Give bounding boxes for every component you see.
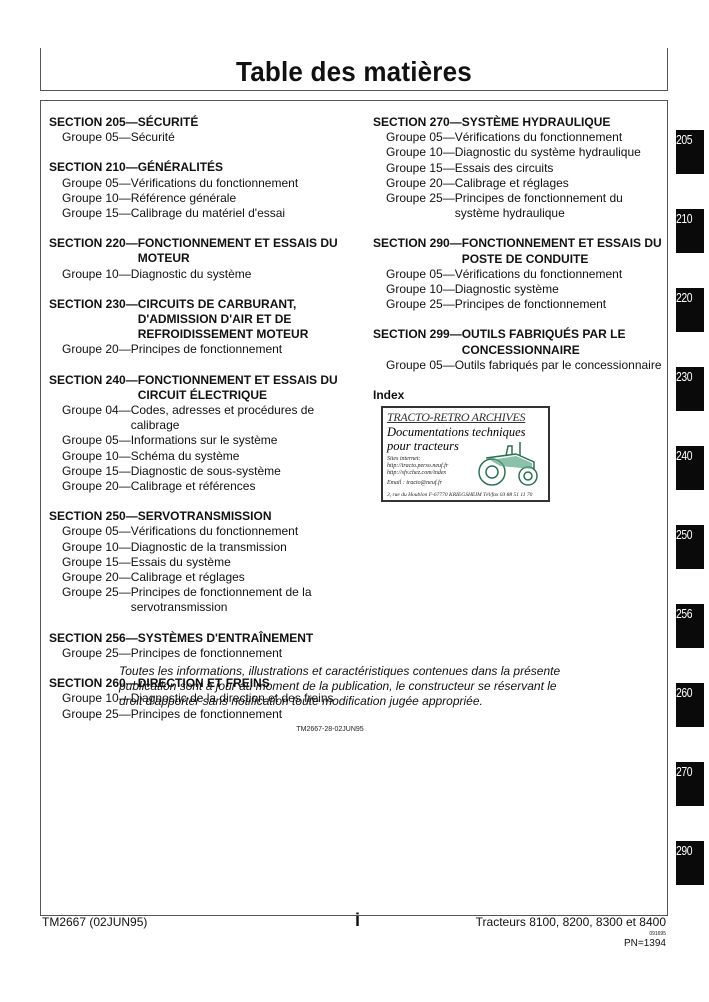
section-tab-label: 210 <box>676 211 692 227</box>
section-title: CIRCUITS DE CARBURANT, D'ADMISSION D'AIR… <box>138 297 359 343</box>
section-number: SECTION 290— <box>373 236 462 266</box>
group-number: Groupe 05— <box>386 267 455 282</box>
group-number: Groupe 25— <box>386 297 455 312</box>
ad-address: 3, rue du Houblon F-67770 KRIEGSHEIM Tél… <box>387 492 544 498</box>
group-title: Calibrage du matériel d'essai <box>131 206 359 221</box>
toc-group-item[interactable]: Groupe 20—Calibrage et réglages <box>373 176 663 191</box>
group-number: Groupe 25— <box>62 585 131 615</box>
footer-model-list: Tracteurs 8100, 8200, 8300 et 8400 <box>476 915 666 929</box>
group-title: Principes de fonctionnement du système h… <box>455 191 663 221</box>
toc-group-item[interactable]: Groupe 15—Essais des circuits <box>373 161 663 176</box>
section-tab-label: 256 <box>676 606 692 622</box>
group-title: Calibrage et réglages <box>455 176 663 191</box>
footer-manual-id: TM2667 (02JUN95) <box>42 915 147 929</box>
section-title: GÉNÉRALITÉS <box>138 160 359 175</box>
section-tab-label: 240 <box>676 448 692 464</box>
group-number: Groupe 10— <box>62 191 131 206</box>
group-title: Codes, adresses et procédures de calibra… <box>131 403 359 433</box>
group-number: Groupe 15— <box>386 161 455 176</box>
section-tab-240[interactable]: 240 <box>676 446 704 490</box>
toc-group-item[interactable]: Groupe 10—Diagnostic système <box>373 282 663 297</box>
toc-group-item[interactable]: Groupe 20—Principes de fonctionnement <box>49 342 359 357</box>
title-box: Table des matières <box>40 48 668 91</box>
toc-group-item[interactable]: Groupe 10—Référence générale <box>49 191 359 206</box>
group-title: Diagnostic du système <box>131 267 359 282</box>
toc-section: SECTION 240—FONCTIONNEMENT ET ESSAIS DU … <box>49 373 359 495</box>
group-number: Groupe 10— <box>62 449 131 464</box>
group-title: Vérifications du fonctionnement <box>455 130 663 145</box>
toc-box: SECTION 205—SÉCURITÉGroupe 05—SécuritéSE… <box>40 100 668 916</box>
group-title: Schéma du système <box>131 449 359 464</box>
section-tab-230[interactable]: 230 <box>676 367 704 411</box>
toc-section-heading[interactable]: SECTION 250—SERVOTRANSMISSION <box>49 509 359 524</box>
toc-group-item[interactable]: Groupe 05—Vérifications du fonctionnemen… <box>49 524 359 539</box>
toc-group-item[interactable]: Groupe 05—Vérifications du fonctionnemen… <box>373 267 663 282</box>
group-number: Groupe 20— <box>62 342 131 357</box>
group-title: Calibrage et références <box>131 479 359 494</box>
toc-group-item[interactable]: Groupe 10—Diagnostic du système hydrauli… <box>373 145 663 160</box>
footer-pn: PN=1394 <box>624 938 666 949</box>
group-number: Groupe 05— <box>386 358 455 373</box>
group-title: Principes de fonctionnement de la servot… <box>131 585 359 615</box>
group-title: Informations sur le système <box>131 433 359 448</box>
group-number: Groupe 15— <box>62 464 131 479</box>
group-number: Groupe 20— <box>62 570 131 585</box>
disclaimer-text: Toutes les informations, illustrations e… <box>119 664 567 710</box>
toc-section: SECTION 270—SYSTÈME HYDRAULIQUEGroupe 05… <box>373 115 663 221</box>
group-title: Vérifications du fonctionnement <box>131 176 359 191</box>
section-number: SECTION 205— <box>49 115 138 130</box>
group-number: Groupe 15— <box>62 555 131 570</box>
section-tab-260[interactable]: 260 <box>676 683 704 727</box>
tracto-retro-ad: TRACTO-RETRO ARCHIVES Documentations tec… <box>381 406 550 502</box>
group-title: Vérifications du fonctionnement <box>131 524 359 539</box>
group-title: Sécurité <box>131 130 359 145</box>
toc-section: SECTION 256—SYSTÈMES D'ENTRAÎNEMENTGroup… <box>49 631 359 661</box>
section-tabs: 205210220230240250256260270290 <box>676 0 709 1002</box>
section-number: SECTION 230— <box>49 297 138 343</box>
toc-group-item[interactable]: Groupe 20—Calibrage et réglages <box>49 570 359 585</box>
section-number: SECTION 299— <box>373 327 462 357</box>
group-number: Groupe 15— <box>62 206 131 221</box>
page-title: Table des matières <box>63 56 645 88</box>
group-title: Diagnostic système <box>455 282 663 297</box>
group-title: Calibrage et réglages <box>131 570 359 585</box>
section-number: SECTION 210— <box>49 160 138 175</box>
toc-group-item[interactable]: Groupe 20—Calibrage et références <box>49 479 359 494</box>
group-title: Principes de fonctionnement <box>131 646 359 661</box>
toc-section: SECTION 290—FONCTIONNEMENT ET ESSAIS DU … <box>373 236 663 312</box>
group-number: Groupe 10— <box>386 145 455 160</box>
toc-group-item[interactable]: Groupe 05—Vérifications du fonctionnemen… <box>373 130 663 145</box>
group-number: Groupe 10— <box>62 267 131 282</box>
group-number: Groupe 25— <box>386 191 455 221</box>
group-title: Outils fabriqués par le concessionnaire <box>455 358 663 373</box>
group-title: Essais des circuits <box>455 161 663 176</box>
group-title: Référence générale <box>131 191 359 206</box>
group-title: Principes de fonctionnement <box>455 297 663 312</box>
toc-group-item[interactable]: Groupe 10—Diagnostic de la transmission <box>49 540 359 555</box>
section-title: SÉCURITÉ <box>138 115 359 130</box>
toc-section-heading[interactable]: SECTION 205—SÉCURITÉ <box>49 115 359 130</box>
section-tab-270[interactable]: 270 <box>676 762 704 806</box>
toc-section-heading[interactable]: SECTION 256—SYSTÈMES D'ENTRAÎNEMENT <box>49 631 359 646</box>
section-title: SERVOTRANSMISSION <box>138 509 359 524</box>
toc-section-heading[interactable]: SECTION 290—FONCTIONNEMENT ET ESSAIS DU … <box>373 236 663 266</box>
section-tab-label: 205 <box>676 132 692 148</box>
tractor-icon <box>476 436 542 488</box>
footer-page-number: i <box>355 910 360 931</box>
toc-group-item[interactable]: Groupe 04—Codes, adresses et procédures … <box>49 403 359 433</box>
group-title: Principes de fonctionnement <box>131 342 359 357</box>
section-tab-label: 270 <box>676 764 692 780</box>
toc-group-item[interactable]: Groupe 25—Principes de fonctionnement du… <box>373 191 663 221</box>
section-number: SECTION 250— <box>49 509 138 524</box>
document-code: TM2667-28-02JUN95 <box>200 726 460 733</box>
toc-group-item[interactable]: Groupe 05—Outils fabriqués par le conces… <box>373 358 663 373</box>
toc-section: SECTION 250—SERVOTRANSMISSIONGroupe 05—V… <box>49 509 359 615</box>
section-number: SECTION 256— <box>49 631 138 646</box>
toc-section-heading[interactable]: SECTION 210—GÉNÉRALITÉS <box>49 160 359 175</box>
toc-section-heading[interactable]: SECTION 220—FONCTIONNEMENT ET ESSAIS DU … <box>49 236 359 266</box>
section-number: SECTION 240— <box>49 373 138 403</box>
section-tab-256[interactable]: 256 <box>676 604 704 648</box>
toc-section-heading[interactable]: SECTION 240—FONCTIONNEMENT ET ESSAIS DU … <box>49 373 359 403</box>
section-number: SECTION 220— <box>49 236 138 266</box>
group-title: Vérifications du fonctionnement <box>455 267 663 282</box>
section-tab-label: 290 <box>676 843 692 859</box>
group-number: Groupe 25— <box>62 646 131 661</box>
toc-group-item[interactable]: Groupe 15—Diagnostic de sous-système <box>49 464 359 479</box>
group-number: Groupe 04— <box>62 403 131 433</box>
section-tab-label: 220 <box>676 290 692 306</box>
section-tab-205[interactable]: 205 <box>676 130 704 174</box>
toc-section: SECTION 205—SÉCURITÉGroupe 05—Sécurité <box>49 115 359 145</box>
toc-group-item[interactable]: Groupe 05—Vérifications du fonctionnemen… <box>49 176 359 191</box>
section-title: SYSTÈME HYDRAULIQUE <box>462 115 663 130</box>
group-number: Groupe 05— <box>62 176 131 191</box>
toc-section: SECTION 230—CIRCUITS DE CARBURANT, D'ADM… <box>49 297 359 358</box>
section-title: FONCTIONNEMENT ET ESSAIS DU CIRCUIT ÉLEC… <box>138 373 359 403</box>
toc-section-heading[interactable]: SECTION 270—SYSTÈME HYDRAULIQUE <box>373 115 663 130</box>
group-title: Diagnostic de la transmission <box>131 540 359 555</box>
toc-group-item[interactable]: Groupe 10—Schéma du système <box>49 449 359 464</box>
toc-group-item[interactable]: Groupe 25—Principes de fonctionnement de… <box>49 585 359 615</box>
group-number: Groupe 10— <box>386 282 455 297</box>
section-tab-210[interactable]: 210 <box>676 209 704 253</box>
toc-right-column: SECTION 270—SYSTÈME HYDRAULIQUEGroupe 05… <box>373 115 663 403</box>
toc-section-heading[interactable]: SECTION 230—CIRCUITS DE CARBURANT, D'ADM… <box>49 297 359 343</box>
group-title: Essais du système <box>131 555 359 570</box>
section-title: FONCTIONNEMENT ET ESSAIS DU MOTEUR <box>138 236 359 266</box>
group-number: Groupe 20— <box>62 479 131 494</box>
section-tab-250[interactable]: 250 <box>676 525 704 569</box>
toc-section-heading[interactable]: SECTION 299—OUTILS FABRIQUÉS PAR LE CONC… <box>373 327 663 357</box>
section-tab-label: 250 <box>676 527 692 543</box>
group-number: Groupe 05— <box>386 130 455 145</box>
toc-index-link[interactable]: Index <box>373 388 663 403</box>
footer-date-code: 091695 <box>649 931 666 937</box>
toc-group-item[interactable]: Groupe 15—Essais du système <box>49 555 359 570</box>
section-title: SYSTÈMES D'ENTRAÎNEMENT <box>138 631 359 646</box>
section-title: FONCTIONNEMENT ET ESSAIS DU POSTE DE CON… <box>462 236 663 266</box>
group-number: Groupe 05— <box>62 524 131 539</box>
toc-group-item[interactable]: Groupe 25—Principes de fonctionnement <box>49 646 359 661</box>
section-tab-label: 260 <box>676 685 692 701</box>
toc-group-item[interactable]: Groupe 05—Sécurité <box>49 130 359 145</box>
toc-left-column: SECTION 205—SÉCURITÉGroupe 05—SécuritéSE… <box>49 115 359 737</box>
section-tab-290[interactable]: 290 <box>676 841 704 885</box>
toc-group-item[interactable]: Groupe 15—Calibrage du matériel d'essai <box>49 206 359 221</box>
toc-group-item[interactable]: Groupe 05—Informations sur le système <box>49 433 359 448</box>
group-title: Diagnostic de sous-système <box>131 464 359 479</box>
toc-section: SECTION 299—OUTILS FABRIQUÉS PAR LE CONC… <box>373 327 663 373</box>
toc-group-item[interactable]: Groupe 10—Diagnostic du système <box>49 267 359 282</box>
group-number: Groupe 05— <box>62 433 131 448</box>
toc-section: SECTION 220—FONCTIONNEMENT ET ESSAIS DU … <box>49 236 359 282</box>
toc-group-item[interactable]: Groupe 25—Principes de fonctionnement <box>373 297 663 312</box>
group-title: Diagnostic du système hydraulique <box>455 145 663 160</box>
ad-brand: TRACTO-RETRO ARCHIVES <box>383 408 548 425</box>
group-number: Groupe 10— <box>62 540 131 555</box>
section-tab-220[interactable]: 220 <box>676 288 704 332</box>
section-number: SECTION 270— <box>373 115 462 130</box>
group-number: Groupe 05— <box>62 130 131 145</box>
group-number: Groupe 20— <box>386 176 455 191</box>
section-tab-label: 230 <box>676 369 692 385</box>
toc-section: SECTION 210—GÉNÉRALITÉSGroupe 05—Vérific… <box>49 160 359 221</box>
section-title: OUTILS FABRIQUÉS PAR LE CONCESSIONNAIRE <box>462 327 663 357</box>
